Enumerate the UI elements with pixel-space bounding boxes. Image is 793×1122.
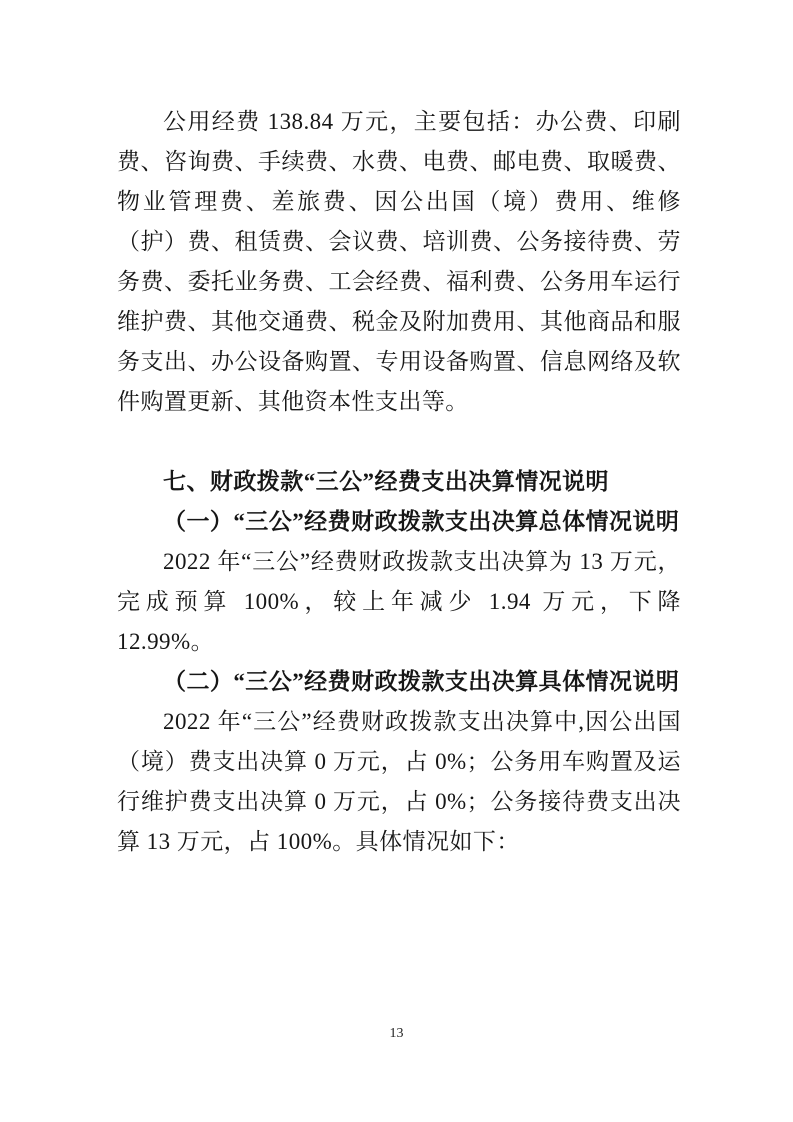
paragraph-public-funds-breakdown: 公用经费 138.84 万元，主要包括：办公费、印刷费、咨询费、手续费、水费、电… bbox=[117, 102, 681, 422]
heading-subsection-one: （一）“三公”经费财政拨款支出决算总体情况说明 bbox=[117, 502, 681, 542]
paragraph-overall-situation: 2022 年“三公”经费财政拨款支出决算为 13 万元，完成预算 100%，较上… bbox=[117, 542, 681, 662]
heading-section-seven: 七、财政拨款“三公”经费支出决算情况说明 bbox=[117, 462, 681, 502]
document-page: 公用经费 138.84 万元，主要包括：办公费、印刷费、咨询费、手续费、水费、电… bbox=[0, 0, 793, 1122]
heading-subsection-two: （二）“三公”经费财政拨款支出决算具体情况说明 bbox=[117, 662, 681, 702]
page-content: 公用经费 138.84 万元，主要包括：办公费、印刷费、咨询费、手续费、水费、电… bbox=[117, 102, 681, 862]
paragraph-specific-situation: 2022 年“三公”经费财政拨款支出决算中,因公出国（境）费支出决算 0 万元，… bbox=[117, 702, 681, 862]
blank-line bbox=[117, 422, 681, 462]
page-number: 13 bbox=[0, 1024, 793, 1044]
